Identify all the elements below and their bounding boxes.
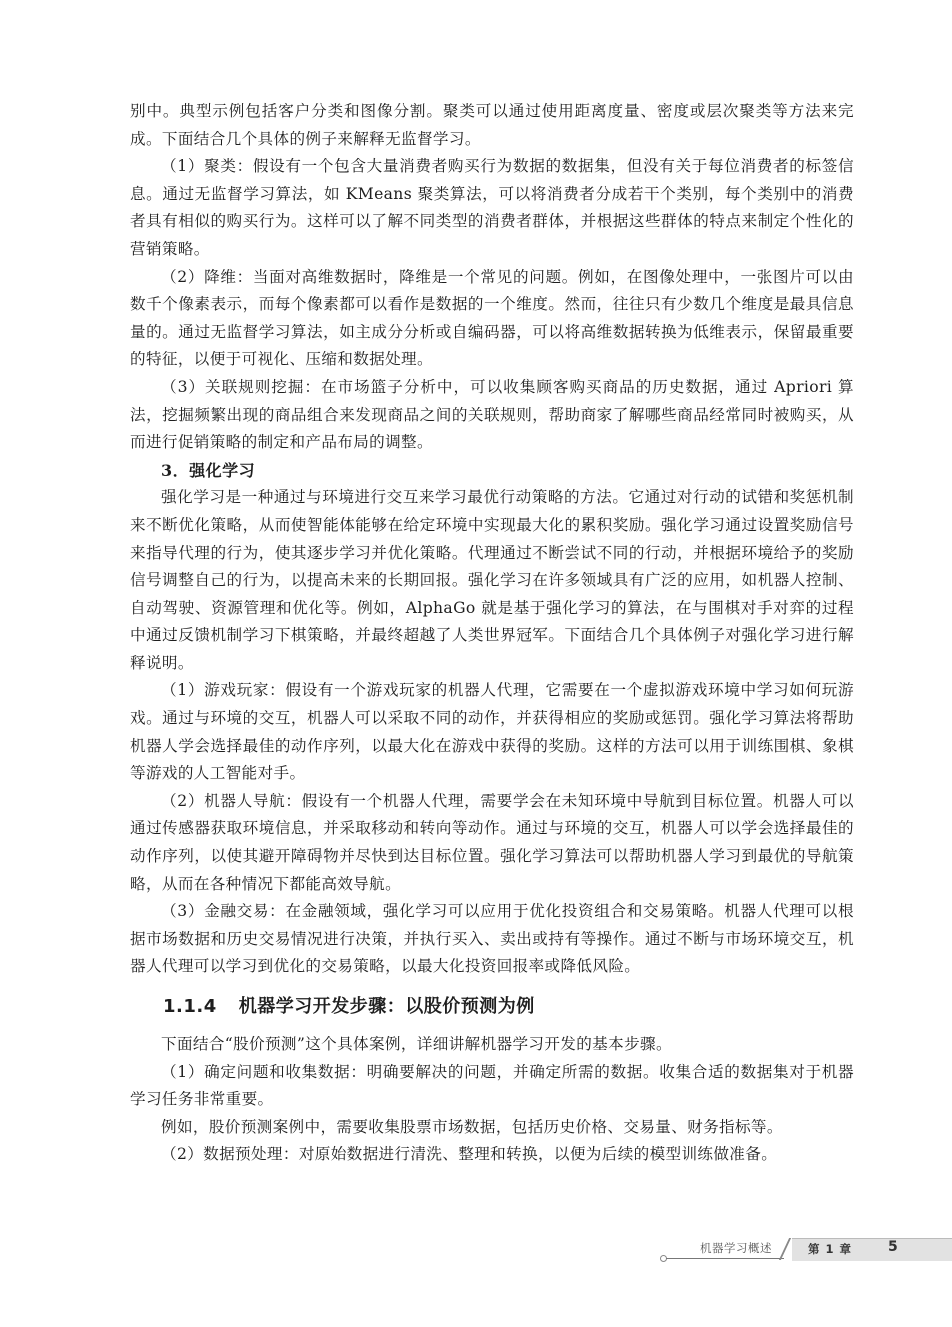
section-heading-reinforcement-learning: 3．强化学习 [130,457,854,485]
paragraph-rl-financial-trading: （3）金融交易：在金融领域，强化学习可以应用于优化投资组合和交易策略。机器人代理… [130,898,854,981]
footer-page-number: 5 [888,1239,898,1255]
paragraph-dev-step-2: （2）数据预处理：对原始数据进行清洗、整理和转换，以便为后续的模型训练做准备。 [130,1141,854,1169]
paragraph-dev-step-1-example: 例如，股价预测案例中，需要收集股票市场数据，包括历史价格、交易量、财务指标等。 [130,1114,854,1142]
paragraph-rl-intro: 强化学习是一种通过与环境进行交互来学习最优行动策略的方法。它通过对行动的试错和奖… [130,484,854,677]
paragraph-dev-step-1: （1）确定问题和收集数据：明确要解决的问题，并确定所需的数据。收集合适的数据集对… [130,1059,854,1114]
paragraph-rl-robot-navigation: （2）机器人导航：假设有一个机器人代理，需要学会在未知环境中导航到目标位置。机器… [130,788,854,898]
footer-chapter-number: 第 1 章 [808,1241,852,1257]
page-footer: 机器学习概述 第 1 章 5 [660,1236,952,1266]
paragraph-unsupervised-dimensionality-reduction: （2）降维：当面对高维数据时，降维是一个常见的问题。例如，在图像处理中，一张图片… [130,264,854,374]
paragraph-dev-intro: 下面结合“股价预测”这个具体案例，详细讲解机器学习开发的基本步骤。 [130,1031,854,1059]
paragraph-intro-continued: 别中。典型示例包括客户分类和图像分割。聚类可以通过使用距离度量、密度或层次聚类等… [130,98,854,153]
footer-rule [666,1258,784,1259]
footer-chapter-title: 机器学习概述 [700,1240,772,1256]
section-number: 1.1.4 [163,996,217,1017]
section-heading-ml-dev-steps: 1.1.4机器学习开发步骤：以股价预测为例 [130,993,854,1021]
footer-divider [779,1238,791,1260]
page-body: 别中。典型示例包括客户分类和图像分割。聚类可以通过使用距离度量、密度或层次聚类等… [130,98,854,1169]
paragraph-unsupervised-association-rules: （3）关联规则挖掘：在市场篮子分析中，可以收集顾客购买商品的历史数据，通过 Ap… [130,374,854,457]
section-title: 机器学习开发步骤：以股价预测为例 [239,996,535,1017]
paragraph-rl-game-player: （1）游戏玩家：假设有一个游戏玩家的机器人代理，它需要在一个虚拟游戏环境中学习如… [130,677,854,787]
paragraph-unsupervised-clustering: （1）聚类：假设有一个包含大量消费者购买行为数据的数据集，但没有关于每位消费者的… [130,153,854,263]
